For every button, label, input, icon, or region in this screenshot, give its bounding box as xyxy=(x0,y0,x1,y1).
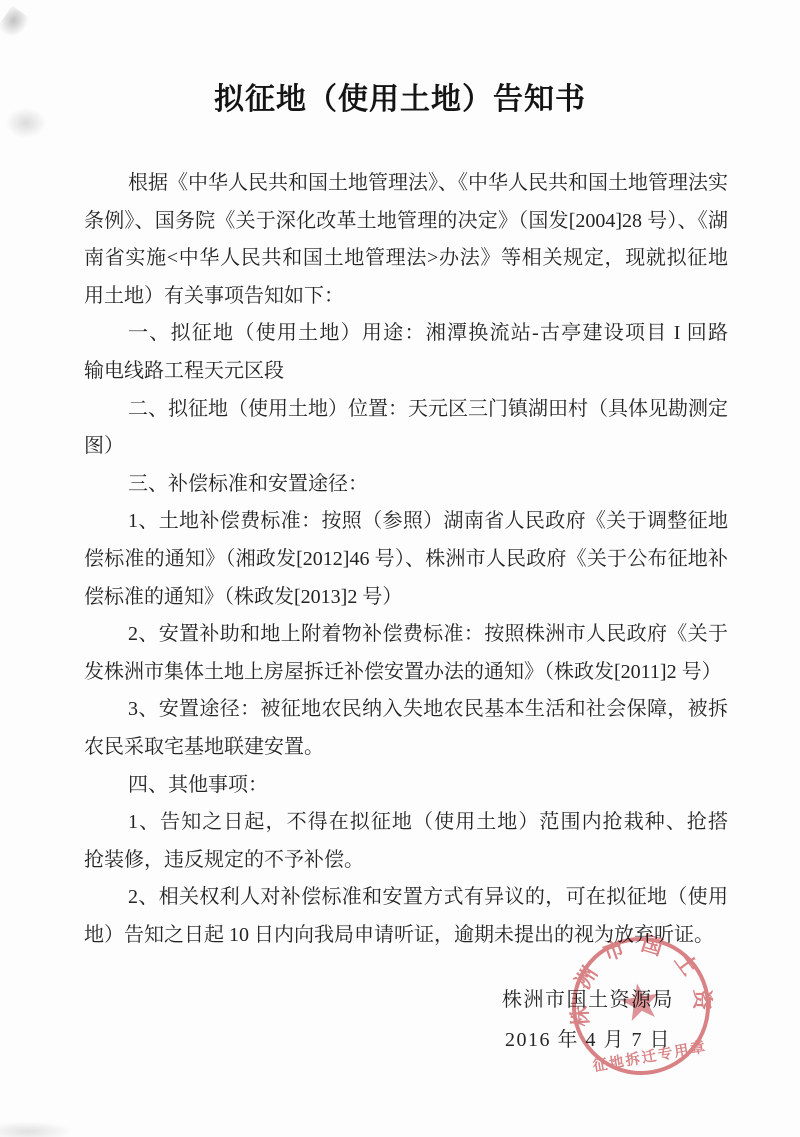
doc-line: 南省实施<中华人民共和国土地管理法>办法》等相关规定，现就拟征地（使 xyxy=(84,240,728,278)
doc-line: 用土地）有关事项告知如下： xyxy=(84,278,728,316)
doc-line: 发株洲市集体土地上房屋拆迁补偿安置办法的通知》（株政发[2011]2 号） xyxy=(84,654,728,692)
doc-line: 1、告知之日起，不得在拟征地（使用土地）范围内抢栽种、抢搭建、 xyxy=(84,804,728,842)
doc-line: 条例》、国务院《关于深化改革土地管理的决定》（国发[2004]28 号）、《湖 xyxy=(84,203,728,241)
doc-line: 输电线路工程天元区段 xyxy=(84,353,728,391)
scan-artifact xyxy=(0,6,32,43)
doc-line: 2、安置补助和地上附着物补偿费标准：按照株洲市人民政府《关于印 xyxy=(84,616,728,654)
doc-line: 二、拟征地（使用土地）位置：天元区三门镇湖田村（具体见勘测定界 xyxy=(84,391,728,429)
star-icon xyxy=(618,980,662,1022)
doc-line: 3、安置途径：被征地农民纳入失地农民基本生活和社会保障，被拆迁 xyxy=(84,691,728,729)
official-seal: 株洲市国土资源局 征地拆迁专用章 xyxy=(543,908,740,1105)
doc-line: 图） xyxy=(84,428,728,466)
doc-line: 抢装修，违反规定的不予补偿。 xyxy=(84,842,728,880)
doc-line: 2、相关权利人对补偿标准和安置方式有异议的，可在拟征地（使用土 xyxy=(84,879,728,917)
doc-line: 三、补偿标准和安置途径： xyxy=(84,466,728,504)
doc-line: 偿标准的通知》（湘政发[2012]46 号）、株洲市人民政府《关于公布征地补 xyxy=(84,541,728,579)
doc-line: 根据《中华人民共和国土地管理法》、《中华人民共和国土地管理法实施 xyxy=(84,165,728,203)
doc-line: 四、其他事项： xyxy=(84,767,728,805)
scanned-page: 拟征地（使用土地）告知书 根据《中华人民共和国土地管理法》、《中华人民共和国土地… xyxy=(0,0,800,1137)
doc-line: 偿标准的通知》（株政发[2013]2 号） xyxy=(84,579,728,617)
scan-artifact xyxy=(0,1122,70,1137)
notice-body: 根据《中华人民共和国土地管理法》、《中华人民共和国土地管理法实施 条例》、国务院… xyxy=(84,165,728,954)
page-title: 拟征地（使用土地）告知书 xyxy=(0,74,800,118)
doc-line: 1、土地补偿费标准：按照（参照）湖南省人民政府《关于调整征地补 xyxy=(84,503,728,541)
doc-line: 一、拟征地（使用土地）用途：湘潭换流站-古亭建设项目 I 回路 500KV xyxy=(84,315,728,353)
doc-line: 农民采取宅基地联建安置。 xyxy=(84,729,728,767)
seal-bottom-text: 征地拆迁专用章 xyxy=(591,1037,708,1075)
